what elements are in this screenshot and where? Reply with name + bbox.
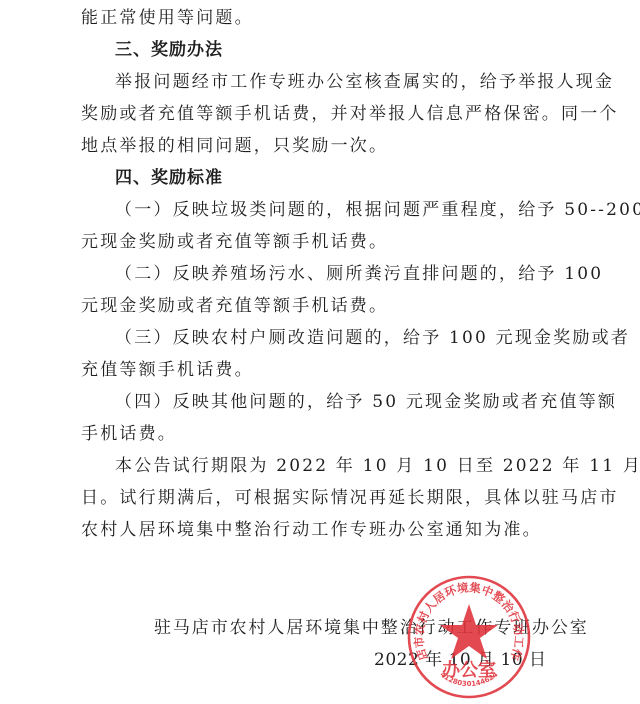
paragraph-line: 元现金奖励或者充值等额手机话费。 — [81, 230, 559, 254]
document-page: 能正常使用等问题。 三、奖励办法 举报问题经市工作专班办公室核查属实的，给予举报… — [0, 0, 640, 704]
paragraph-line: 元现金奖励或者充值等额手机话费。 — [81, 294, 559, 318]
paragraph-line: （一）反映垃圾类问题的，根据问题严重程度，给予 50--200 — [115, 198, 559, 222]
paragraph-line: 地点举报的相同问题，只奖励一次。 — [81, 134, 559, 158]
paragraph-line: 奖励或者充值等额手机话费，并对举报人信息严格保密。同一个 — [81, 102, 559, 126]
official-seal-icon: 驻马店市农村人居环境集中整治行动工作专班 办公室 4128030144624 — [404, 574, 534, 700]
paragraph-line: 能正常使用等问题。 — [81, 6, 559, 30]
section-heading-reward-standard: 四、奖励标准 — [115, 166, 223, 190]
paragraph-line: 农村人居环境集中整治行动工作专班办公室通知为准。 — [81, 518, 559, 542]
paragraph-line: 举报问题经市工作专班办公室核查属实的，给予举报人现金 — [115, 70, 559, 94]
paragraph-line: （三）反映农村户厕改造问题的，给予 100 元现金奖励或者 — [115, 326, 559, 350]
paragraph-line: （四）反映其他问题的，给予 50 元现金奖励或者充值等额 — [115, 390, 559, 414]
paragraph-line: 日。试行期满后，可根据实际情况再延长期限，具体以驻马店市 — [81, 486, 559, 510]
paragraph-line: 充值等额手机话费。 — [81, 358, 559, 382]
paragraph-line: 手机话费。 — [81, 422, 559, 446]
paragraph-line: 本公告试行期限为 2022 年 10 月 10 日至 2022 年 11 月 1… — [115, 454, 559, 478]
paragraph-line: （二）反映养殖场污水、厕所粪污直排问题的，给予 100 — [115, 262, 559, 286]
section-heading-reward-method: 三、奖励办法 — [115, 38, 223, 62]
